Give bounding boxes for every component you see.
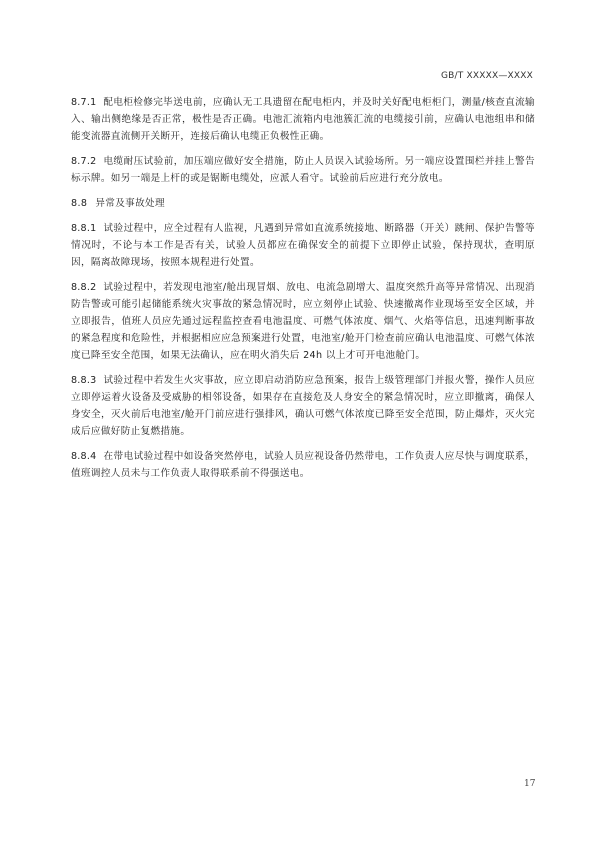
clause-number: 8.8.1 — [71, 223, 96, 234]
clause-8-8-2: 8.8.2试验过程中，若发现电池室/舱出现冒烟、放电、电流急剧增大、温度突然升高… — [71, 279, 535, 364]
clause-text: 试验过程中若发生火灾事故，应立即启动消防应急预案，报告上级管理部门并报火警，操作… — [71, 375, 535, 437]
section-heading-8-8: 8.8异常及事故处理 — [71, 195, 535, 212]
document-page: GB/T XXXXX—XXXX 8.7.1配电柜检修完毕送电前，应确认无工具遗留… — [0, 0, 600, 848]
clause-8-8-3: 8.8.3试验过程中若发生火灾事故，应立即启动消防应急预案，报告上级管理部门并报… — [71, 372, 535, 440]
clause-number: 8.8.4 — [71, 451, 96, 462]
clause-text: 在带电试验过程中如设备突然停电，试验人员应视设备仍然带电，工作负责人应尽快与调度… — [71, 451, 535, 479]
page-number: 17 — [524, 779, 535, 789]
clause-8-7-1: 8.7.1配电柜检修完毕送电前，应确认无工具遗留在配电柜内，并及时关好配电柜柜门… — [71, 94, 535, 145]
section-title: 异常及事故处理 — [95, 198, 165, 209]
clause-text: 配电柜检修完毕送电前，应确认无工具遗留在配电柜内，并及时关好配电柜柜门，测量/核… — [71, 97, 535, 142]
clause-number: 8.7.1 — [71, 97, 96, 108]
clause-number: 8.7.2 — [71, 156, 96, 167]
clause-text: 试验过程中，若发现电池室/舱出现冒烟、放电、电流急剧增大、温度突然升高等异常情况… — [71, 282, 535, 361]
clause-text: 电缆耐压试验前，加压端应做好安全措施，防止人员误入试验场所。另一端应设置围栏并挂… — [71, 156, 535, 184]
section-number: 8.8 — [71, 198, 87, 209]
clause-text: 试验过程中，应全过程有人监视，凡遇到异常如直流系统接地、断路器（开关）跳闸、保护… — [71, 223, 535, 268]
document-body: 8.7.1配电柜检修完毕送电前，应确认无工具遗留在配电柜内，并及时关好配电柜柜门… — [71, 94, 535, 490]
clause-8-8-1: 8.8.1试验过程中，应全过程有人监视，凡遇到异常如直流系统接地、断路器（开关）… — [71, 220, 535, 271]
clause-number: 8.8.3 — [71, 375, 96, 386]
clause-8-8-4: 8.8.4在带电试验过程中如设备突然停电，试验人员应视设备仍然带电，工作负责人应… — [71, 448, 535, 482]
clause-8-7-2: 8.7.2电缆耐压试验前，加压端应做好安全措施，防止人员误入试验场所。另一端应设… — [71, 153, 535, 187]
clause-number: 8.8.2 — [71, 282, 96, 293]
standard-code-header: GB/T XXXXX—XXXX — [441, 71, 533, 81]
